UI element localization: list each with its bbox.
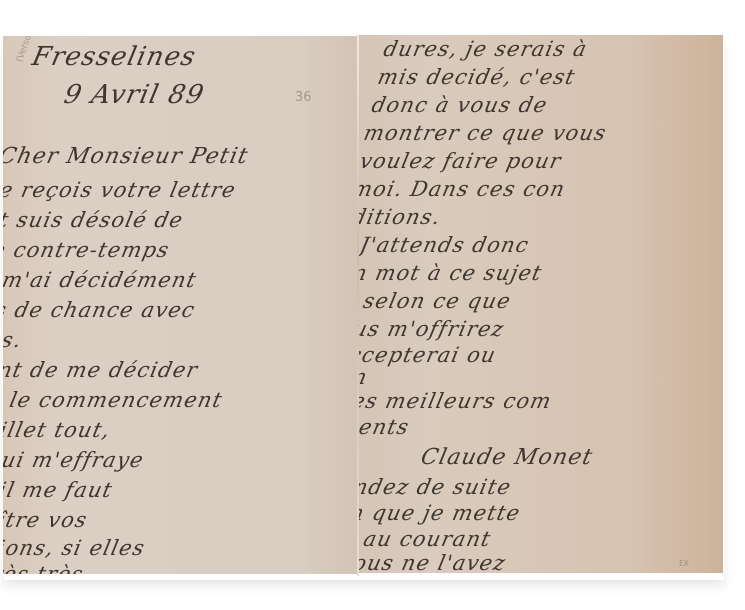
letter-line: et selon ce que [359,289,514,313]
letter-line: connaître vos [3,508,90,532]
letter-line: ce qui m'effraye [3,448,146,472]
letter-line: je m'ai décidément [3,268,199,292]
letter-postscript: si vous ne l'avez [359,551,508,573]
letter-line: vous. [3,328,24,352]
letter-line: mes meilleurs com [359,389,554,413]
letter-line: vous m'offrirez [359,317,507,341]
letter-signature: Claude Monet [419,445,596,470]
letter-line: sont très très [3,562,86,574]
letter-date: 9 Avril 89 [61,80,207,110]
letter-line: ditions. [359,205,443,229]
letter-line: ce contre-temps [3,238,172,262]
letter-line: J'attends donc [359,233,532,257]
letter-line: un mot à ce sujet [359,261,545,285]
letter-line: pas de chance avec [3,298,198,322]
letter-line: je reçois votre lettre [3,178,238,202]
letter-postscript: Répondez de suite [359,475,514,499]
letter-line: pliments [359,415,412,439]
letter-line: non [359,365,370,389]
letter-postscript: Rodin au courant [359,527,494,551]
letter-right-page: dures, je serais à mis decidé, c'est don… [359,35,723,573]
letter-line: moi. Dans ces con [359,177,568,201]
letter-line: Avant de me décider [3,358,201,382]
pencil-page-number: 36 [295,90,312,105]
letter-line: pour le commencement [3,388,225,412]
archive-stamp: EX [679,559,689,568]
letter-salutation: Cher Monsieur Petit [3,144,251,169]
letter-line: conditions, si elles [3,536,148,560]
letter-line: montrer ce que vous [362,121,609,145]
letter-photo: (Verso) 36 Fresselines 9 Avril 89 Cher M… [0,0,745,610]
letter-line: et suis désolé de [3,208,186,232]
letter-line: mis decidé, c'est [376,65,578,89]
letter-line: J'accepterai ou [359,343,499,367]
letter-line: de juillet tout, [3,418,113,442]
letter-line: dures, je serais à [381,37,589,61]
letter-line: bien, il me faut [3,478,115,502]
letter-left-page: (Verso) 36 Fresselines 9 Avril 89 Cher M… [3,36,357,574]
letter-line: donc à vous de [370,93,551,117]
letter-place: Fresselines [29,42,199,72]
letter-postscript: afin que je mette [359,501,523,525]
letter-line: voulez faire pour [359,149,564,173]
